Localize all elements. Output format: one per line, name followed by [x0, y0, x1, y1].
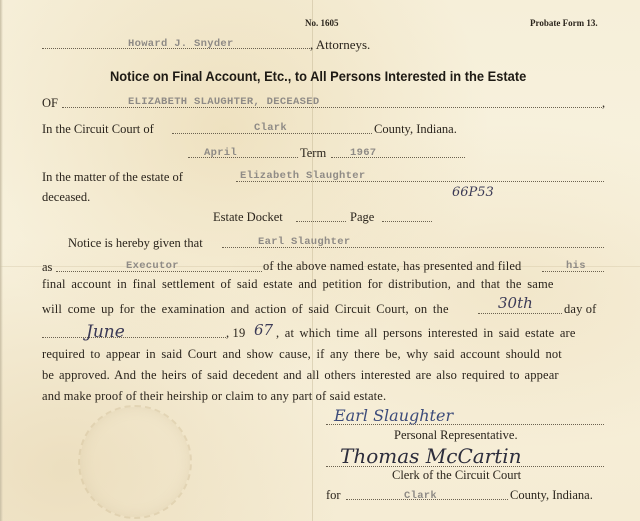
for-label: for [326, 488, 341, 503]
rep-signature: Earl Slaughter [334, 406, 453, 425]
notice-month: June [86, 322, 125, 342]
of-label: OF [42, 96, 58, 111]
estate-docket-label: Estate Docket [213, 210, 283, 225]
clerk-label: Clerk of the Circuit Court [392, 468, 521, 483]
matter-prefix: In the matter of the estate of [42, 170, 183, 185]
notice-line-8: and make proof of their heirship or clai… [42, 389, 386, 404]
of-trailing-comma: , [602, 96, 605, 111]
embossed-seal-icon [78, 405, 192, 519]
court-suffix: County, Indiana. [374, 122, 457, 137]
document-title: Notice on Final Account, Etc., to All Pe… [110, 68, 526, 84]
court-prefix: In the Circuit Court of [42, 122, 154, 137]
page-label: Page [350, 210, 374, 225]
notice-pronoun: his [566, 260, 586, 272]
notice-line-4-prefix: will come up for the examination and act… [42, 302, 449, 317]
notice-line-4-suffix: day of [564, 302, 597, 317]
notice-day: 30th [498, 294, 533, 312]
term-year: 1967 [350, 147, 376, 159]
month-field-line [42, 337, 226, 338]
docket-handwritten-note: 66P53 [452, 185, 494, 200]
notice-person: Earl Slaughter [258, 236, 350, 248]
page-field-line [382, 221, 432, 222]
matter-name: Elizabeth Slaughter [240, 170, 365, 182]
notice-year-prefix: , 19 [226, 326, 245, 341]
day-field-line [478, 313, 562, 314]
form-number: No. 1605 [305, 18, 339, 28]
matter-suffix: deceased. [42, 190, 90, 205]
notice-prefix: Notice is hereby given that [68, 236, 203, 251]
notice-year-suffix: 67 [254, 321, 273, 339]
term-label: Term [300, 146, 326, 161]
notice-line-6: required to appear in said Court and sho… [42, 347, 562, 362]
court-county: Clark [254, 122, 287, 134]
notice-role: Executor [126, 260, 179, 272]
rep-label: Personal Representative. [394, 428, 518, 443]
notice-line-3: final account in final settlement of sai… [42, 277, 554, 292]
decedent-name-upper: ELIZABETH SLAUGHTER, DECEASED [128, 96, 319, 108]
for-county: Clark [404, 490, 437, 502]
notice-middle-text: of the above named estate, has presented… [263, 259, 521, 274]
paper-edge [0, 0, 3, 521]
estate-docket-field-line [296, 221, 346, 222]
for-suffix: County, Indiana. [510, 488, 593, 503]
attorneys-name: Howard J. Snyder [128, 38, 234, 50]
form-name: Probate Form 13. [530, 18, 598, 28]
as-label: as [42, 260, 52, 275]
notice-line-7: be approved. And the heirs of said deced… [42, 368, 559, 383]
notice-line-5-suffix: , at which time all persons interested i… [276, 326, 576, 341]
clerk-signature: Thomas McCartin [340, 444, 522, 468]
attorneys-label: , Attorneys. [310, 37, 370, 53]
term-month: April [204, 147, 237, 159]
probate-notice-document: No. 1605 Probate Form 13. Howard J. Snyd… [0, 0, 640, 521]
